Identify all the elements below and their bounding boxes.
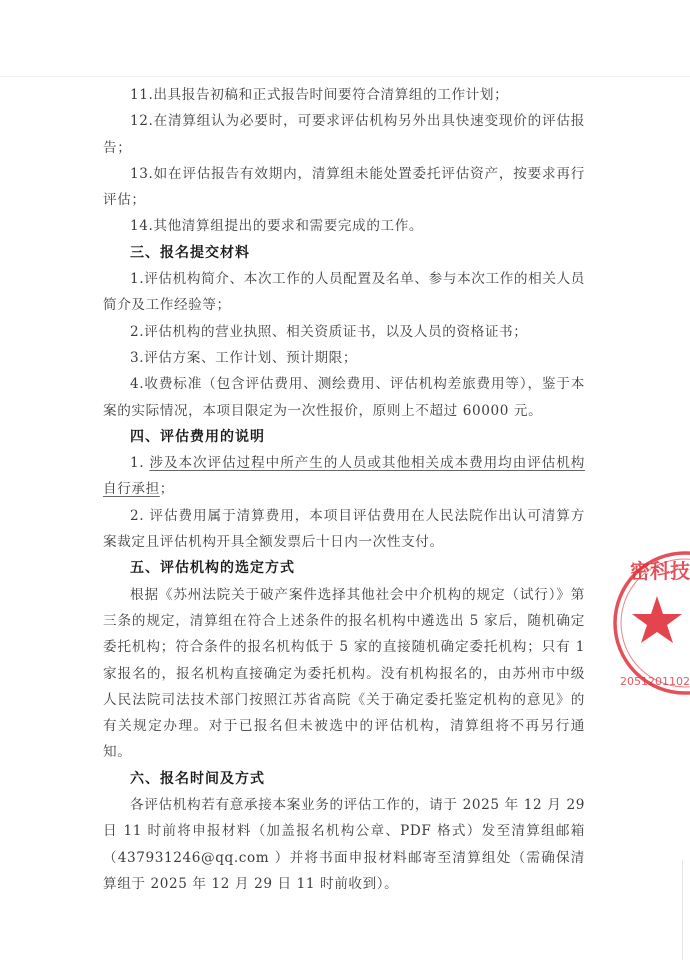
page-top-margin <box>0 0 690 77</box>
section3-item-4: 4.收费标准（包含评估费用、测绘费用、评估机构差旅费用等），鉴于本案的实际情况，… <box>103 371 585 424</box>
section4-item1-underlined: 涉及本次评估过程中所产生的人员或其他相关成本费用均由评估机构自行承担 <box>103 455 585 497</box>
list-item-13: 13.如在评估报告有效期内，清算组未能处置委托评估资产，按要求再行评估； <box>103 161 585 214</box>
section6-body: 各评估机构若有意承接本案业务的评估工作的，请于 2025 年 12 月 29 日… <box>103 792 585 897</box>
section5-body: 根据《苏州法院关于破产案件选择其他社会中介机构的规定（试行）》第三条的规定，清算… <box>103 582 585 766</box>
list-item-12: 12.在清算组认为必要时，可要求评估机构另外出具快速变现价的评估报告； <box>103 108 585 161</box>
section4-item-2: 2. 评估费用属于清算费用，本项目评估费用在人民法院作出认可清算方案裁定且评估机… <box>103 503 585 556</box>
company-seal-stamp: 密科技有 2051201102 <box>610 548 690 698</box>
list-item-14: 14.其他清算组提出的要求和需要完成的工作。 <box>103 213 585 239</box>
section-heading-5: 五、评估机构的选定方式 <box>103 555 585 581</box>
section3-item-1: 1.评估机构简介、本次工作的人员配置及名单、参与本次工作的相关人员简介及工作经验… <box>103 266 585 319</box>
section-heading-3: 三、报名提交材料 <box>103 240 585 266</box>
svg-text:2051201102: 2051201102 <box>620 675 690 688</box>
page-edge-line <box>682 860 683 960</box>
star-icon <box>632 596 682 643</box>
section-heading-4: 四、评估费用的说明 <box>103 424 585 450</box>
list-item-11: 11.出具报告初稿和正式报告时间要符合清算组的工作计划； <box>103 82 585 108</box>
section4-item-1: 1. 涉及本次评估过程中所产生的人员或其他相关成本费用均由评估机构自行承担； <box>103 450 585 503</box>
section4-item1-suffix: ； <box>160 481 174 497</box>
section4-item1-prefix: 1. <box>130 455 149 471</box>
section-heading-6: 六、报名时间及方式 <box>103 766 585 792</box>
svg-text:密科技有: 密科技有 <box>630 559 690 583</box>
section3-item-3: 3.评估方案、工作计划、预计期限； <box>103 345 585 371</box>
document-page: 11.出具报告初稿和正式报告时间要符合清算组的工作计划； 12.在清算组认为必要… <box>103 82 585 897</box>
section3-item-2: 2.评估机构的营业执照、相关资质证书，以及人员的资格证书； <box>103 319 585 345</box>
